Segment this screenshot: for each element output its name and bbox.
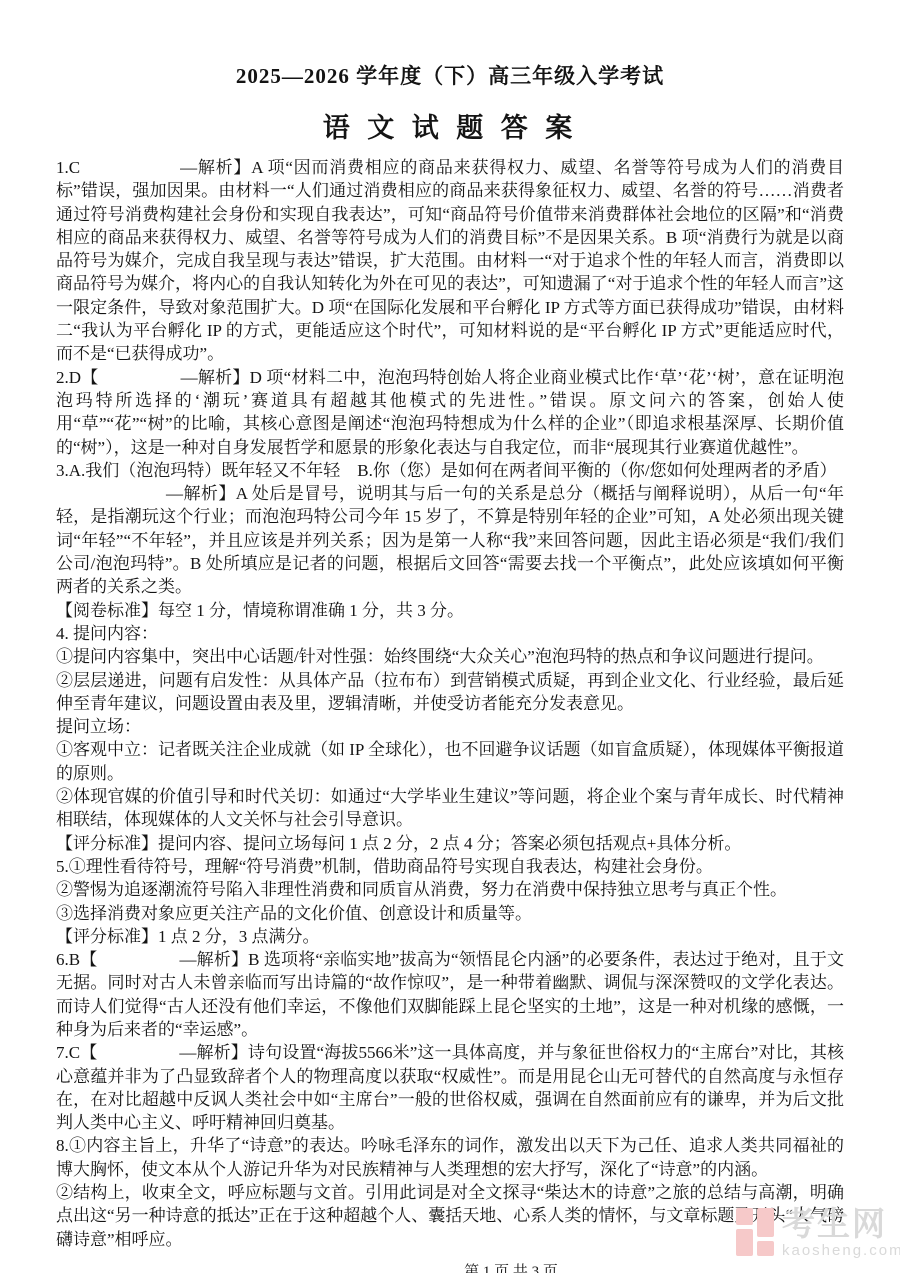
kaosheng-logo-icon <box>736 1206 774 1256</box>
logo-block-bottom-left <box>736 1229 753 1256</box>
answer-q5-grading: 【评分标准】1 点 2 分，3 点满分。 <box>56 925 844 948</box>
answer-q2: 2.D【—解析】D 项“材料二中，泡泡玛特创始人将企业商业模式比作‘草’‘花’‘… <box>56 366 844 459</box>
exam-session-title: 2025—2026 学年度（下）高三年级入学考试 <box>56 60 844 90</box>
q1-tab-gap <box>80 172 180 173</box>
answer-document-body: 1.C—解析】A 项“因而消费相应的商品来获得权力、威望、名誉等符号成为人们的消… <box>56 156 844 1251</box>
answer-q4-grading: 【评分标准】提问内容、提问立场每问 1 点 2 分，2 点 4 分；答案必须包括… <box>56 832 844 855</box>
answer-q4-heading-content: 4. 提问内容： <box>56 622 844 645</box>
q7-answer-letter: 7.C【 <box>56 1043 97 1062</box>
answer-q8-point1: 8.①内容主旨上，升华了“诗意”的表达。吟咏毛泽东的词作，激发出以天下为己任、追… <box>56 1134 844 1181</box>
answer-q7: 7.C【—解析】诗句设置“海拔5566米”这一具体高度，并与象征世俗权力的“主席… <box>56 1041 844 1134</box>
answer-q5-point1: 5.①理性看待符号，理解“符号消费”机制，借助商品符号实现自我表达，构建社会身份… <box>56 855 844 878</box>
answer-q4-point1: ①提问内容集中，突出中心话题/针对性强：始终围绕“大众关心”泡泡玛特的热点和争议… <box>56 645 844 668</box>
answer-q4-point4: ②体现官媒的价值引导和时代关切：如通过“大学毕业生建议”等问题，将企业个案与青年… <box>56 785 844 832</box>
q1-answer-letter: 1.C <box>56 158 80 177</box>
q6-answer-letter: 6.B【 <box>56 950 97 969</box>
answer-q8-point2: ②结构上，收束全文，呼应标题与文首。引用此词是对全文探寻“柴达木的诗意”之旅的总… <box>56 1181 844 1251</box>
q2-answer-letter: 2.D【 <box>56 368 99 387</box>
q1-analysis-text: —解析】A 项“因而消费相应的商品来获得权力、威望、名誉等符号成为人们的消费目标… <box>56 158 844 363</box>
q6-tab-gap <box>97 964 179 965</box>
page-header: 2025—2026 学年度（下）高三年级入学考试 语 文 试 题 答 案 <box>56 60 844 145</box>
q2-tab-gap <box>99 382 181 383</box>
kaosheng-watermark: 考生网 kaosheng.com <box>736 1206 900 1260</box>
answer-q4-point3: ①客观中立：记者既关注企业成就（如 IP 全球化），也不回避争议话题（如盲盒质疑… <box>56 738 844 785</box>
watermark-site-name: 考生网 <box>782 1206 900 1242</box>
logo-block-top-left <box>736 1208 753 1225</box>
answer-q6: 6.B【—解析】B 选项将“亲临实地”拔高为“领悟昆仑内涵”的必要条件，表达过于… <box>56 948 844 1041</box>
page-number-indicator: 第 1 页 共 3 页 <box>117 1260 900 1273</box>
logo-block-top-right <box>757 1208 774 1237</box>
answer-q4-point2: ②层层递进，问题有启发性：从具体产品（拉布布）到营销模式质疑，再到企业文化、行业… <box>56 669 844 716</box>
q7-tab-gap <box>97 1057 179 1058</box>
subject-answer-title: 语 文 试 题 答 案 <box>56 106 844 145</box>
answer-q3-line: 3.A.我们（泡泡玛特）既年轻又不年轻 B.你（您）是如何在两者间平衡的（你/您… <box>56 459 844 482</box>
answer-q4-heading-stance: 提问立场： <box>56 715 844 738</box>
watermark-site-domain: kaosheng.com <box>782 1242 900 1260</box>
exam-answer-page: 2025—2026 学年度（下）高三年级入学考试 语 文 试 题 答 案 1.C… <box>56 60 844 1273</box>
answer-q3-analysis: —解析】A 处后是冒号，说明其与后一句的关系是总分（概括与阐释说明），从后一句“… <box>56 482 844 598</box>
answer-q1: 1.C—解析】A 项“因而消费相应的商品来获得权力、威望、名誉等符号成为人们的消… <box>56 156 844 366</box>
answer-q5-point3: ③选择消费对象应更关注产品的文化价值、创意设计和质量等。 <box>56 902 844 925</box>
answer-q5-point2: ②警惕为追逐潮流符号陷入非理性消费和同质盲从消费，努力在消费中保持独立思考与真正… <box>56 878 844 901</box>
answer-q3-grading: 【阅卷标准】每空 1 分，情境称谓准确 1 分，共 3 分。 <box>56 599 844 622</box>
logo-block-bottom-right <box>757 1241 774 1256</box>
